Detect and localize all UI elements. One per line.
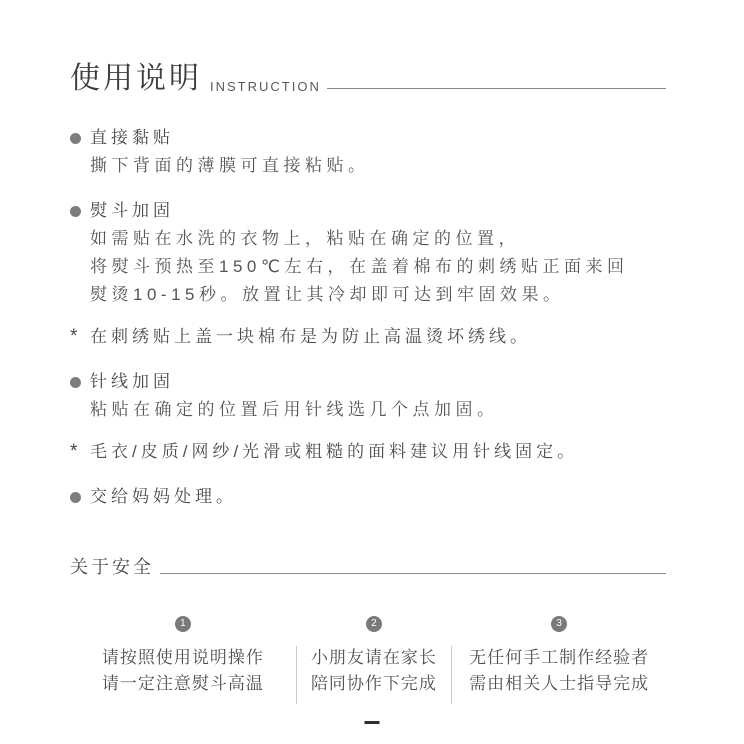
- section-line: 如需贴在水洗的衣物上，粘贴在确定的位置，: [70, 225, 666, 253]
- page-header: 使用说明 INSTRUCTION: [70, 64, 666, 94]
- section-heading-row: 交给妈妈处理。: [70, 483, 666, 511]
- section-heading-row: 熨斗加固: [70, 197, 666, 225]
- note-text: 在刺绣贴上盖一块棉布是为防止高温烫坏绣线。: [90, 323, 531, 351]
- note-text: 毛衣/皮质/网纱/光滑或粗糙的面料建议用针线固定。: [90, 438, 578, 466]
- section-give-to-mom: 交给妈妈处理。: [70, 483, 666, 511]
- asterisk-icon: *: [70, 438, 90, 466]
- section-needle-fixing: 针线加固 粘贴在确定的位置后用针线选几个点加固。: [70, 368, 666, 424]
- page-dash-icon: [365, 721, 380, 724]
- section-heading: 交给妈妈处理。: [90, 483, 237, 511]
- section-iron-fixing: 熨斗加固 如需贴在水洗的衣物上，粘贴在确定的位置， 将熨斗预热至150℃左右，在…: [70, 197, 666, 309]
- header-rule-line: [327, 88, 666, 89]
- asterisk-icon: *: [70, 323, 90, 351]
- number-2-circle-icon: 2: [366, 616, 382, 632]
- section-line: 熨烫10-15秒。放置让其冷却即可达到牢固效果。: [70, 281, 666, 309]
- bullet-icon: [70, 206, 81, 217]
- number-1-circle-icon: 1: [175, 616, 191, 632]
- bullet-icon: [70, 133, 81, 144]
- safety-item-line: 需由相关人士指导完成: [469, 671, 649, 697]
- safety-columns: 1 请按照使用说明操作 请一定注意熨斗高温 2 小朋友请在家长 陪同协作下完成 …: [70, 616, 666, 704]
- section-line: 将熨斗预热至150℃左右，在盖着棉布的刺绣贴正面来回: [70, 253, 666, 281]
- section-line: 粘贴在确定的位置后用针线选几个点加固。: [70, 396, 666, 424]
- safety-item-line: 陪同协作下完成: [311, 671, 437, 697]
- instruction-page: 使用说明 INSTRUCTION 直接黏贴 撕下背面的薄膜可直接粘贴。 熨斗加固…: [0, 0, 744, 744]
- safety-item-line: 请按照使用说明操作: [102, 645, 264, 671]
- section-heading-row: 针线加固: [70, 368, 666, 396]
- page-title: 使用说明: [70, 64, 202, 94]
- safety-header: 关于安全: [70, 556, 666, 578]
- section-heading: 直接黏贴: [90, 124, 174, 152]
- section-heading: 熨斗加固: [90, 197, 174, 225]
- safety-rule-line: [160, 573, 666, 574]
- number-3-circle-icon: 3: [551, 616, 567, 632]
- section-direct-paste: 直接黏贴 撕下背面的薄膜可直接粘贴。: [70, 124, 666, 180]
- safety-item-line: 请一定注意熨斗高温: [102, 671, 264, 697]
- section-line: 撕下背面的薄膜可直接粘贴。: [70, 152, 666, 180]
- bullet-icon: [70, 377, 81, 388]
- page-subtitle: INSTRUCTION: [210, 80, 321, 93]
- note-fabric-types: * 毛衣/皮质/网纱/光滑或粗糙的面料建议用针线固定。: [70, 438, 666, 466]
- safety-item-3: 3 无任何手工制作经验者 需由相关人士指导完成: [452, 616, 666, 704]
- safety-item-line: 小朋友请在家长: [311, 645, 437, 671]
- safety-item-2: 2 小朋友请在家长 陪同协作下完成: [297, 616, 451, 704]
- safety-item-line: 无任何手工制作经验者: [469, 645, 649, 671]
- safety-item-1: 1 请按照使用说明操作 请一定注意熨斗高温: [70, 616, 296, 704]
- section-heading: 针线加固: [90, 368, 174, 396]
- bullet-icon: [70, 492, 81, 503]
- section-heading-row: 直接黏贴: [70, 124, 666, 152]
- safety-title: 关于安全: [70, 556, 154, 578]
- note-cotton-cloth: * 在刺绣贴上盖一块棉布是为防止高温烫坏绣线。: [70, 323, 666, 351]
- instruction-content: 直接黏贴 撕下背面的薄膜可直接粘贴。 熨斗加固 如需贴在水洗的衣物上，粘贴在确定…: [70, 124, 666, 511]
